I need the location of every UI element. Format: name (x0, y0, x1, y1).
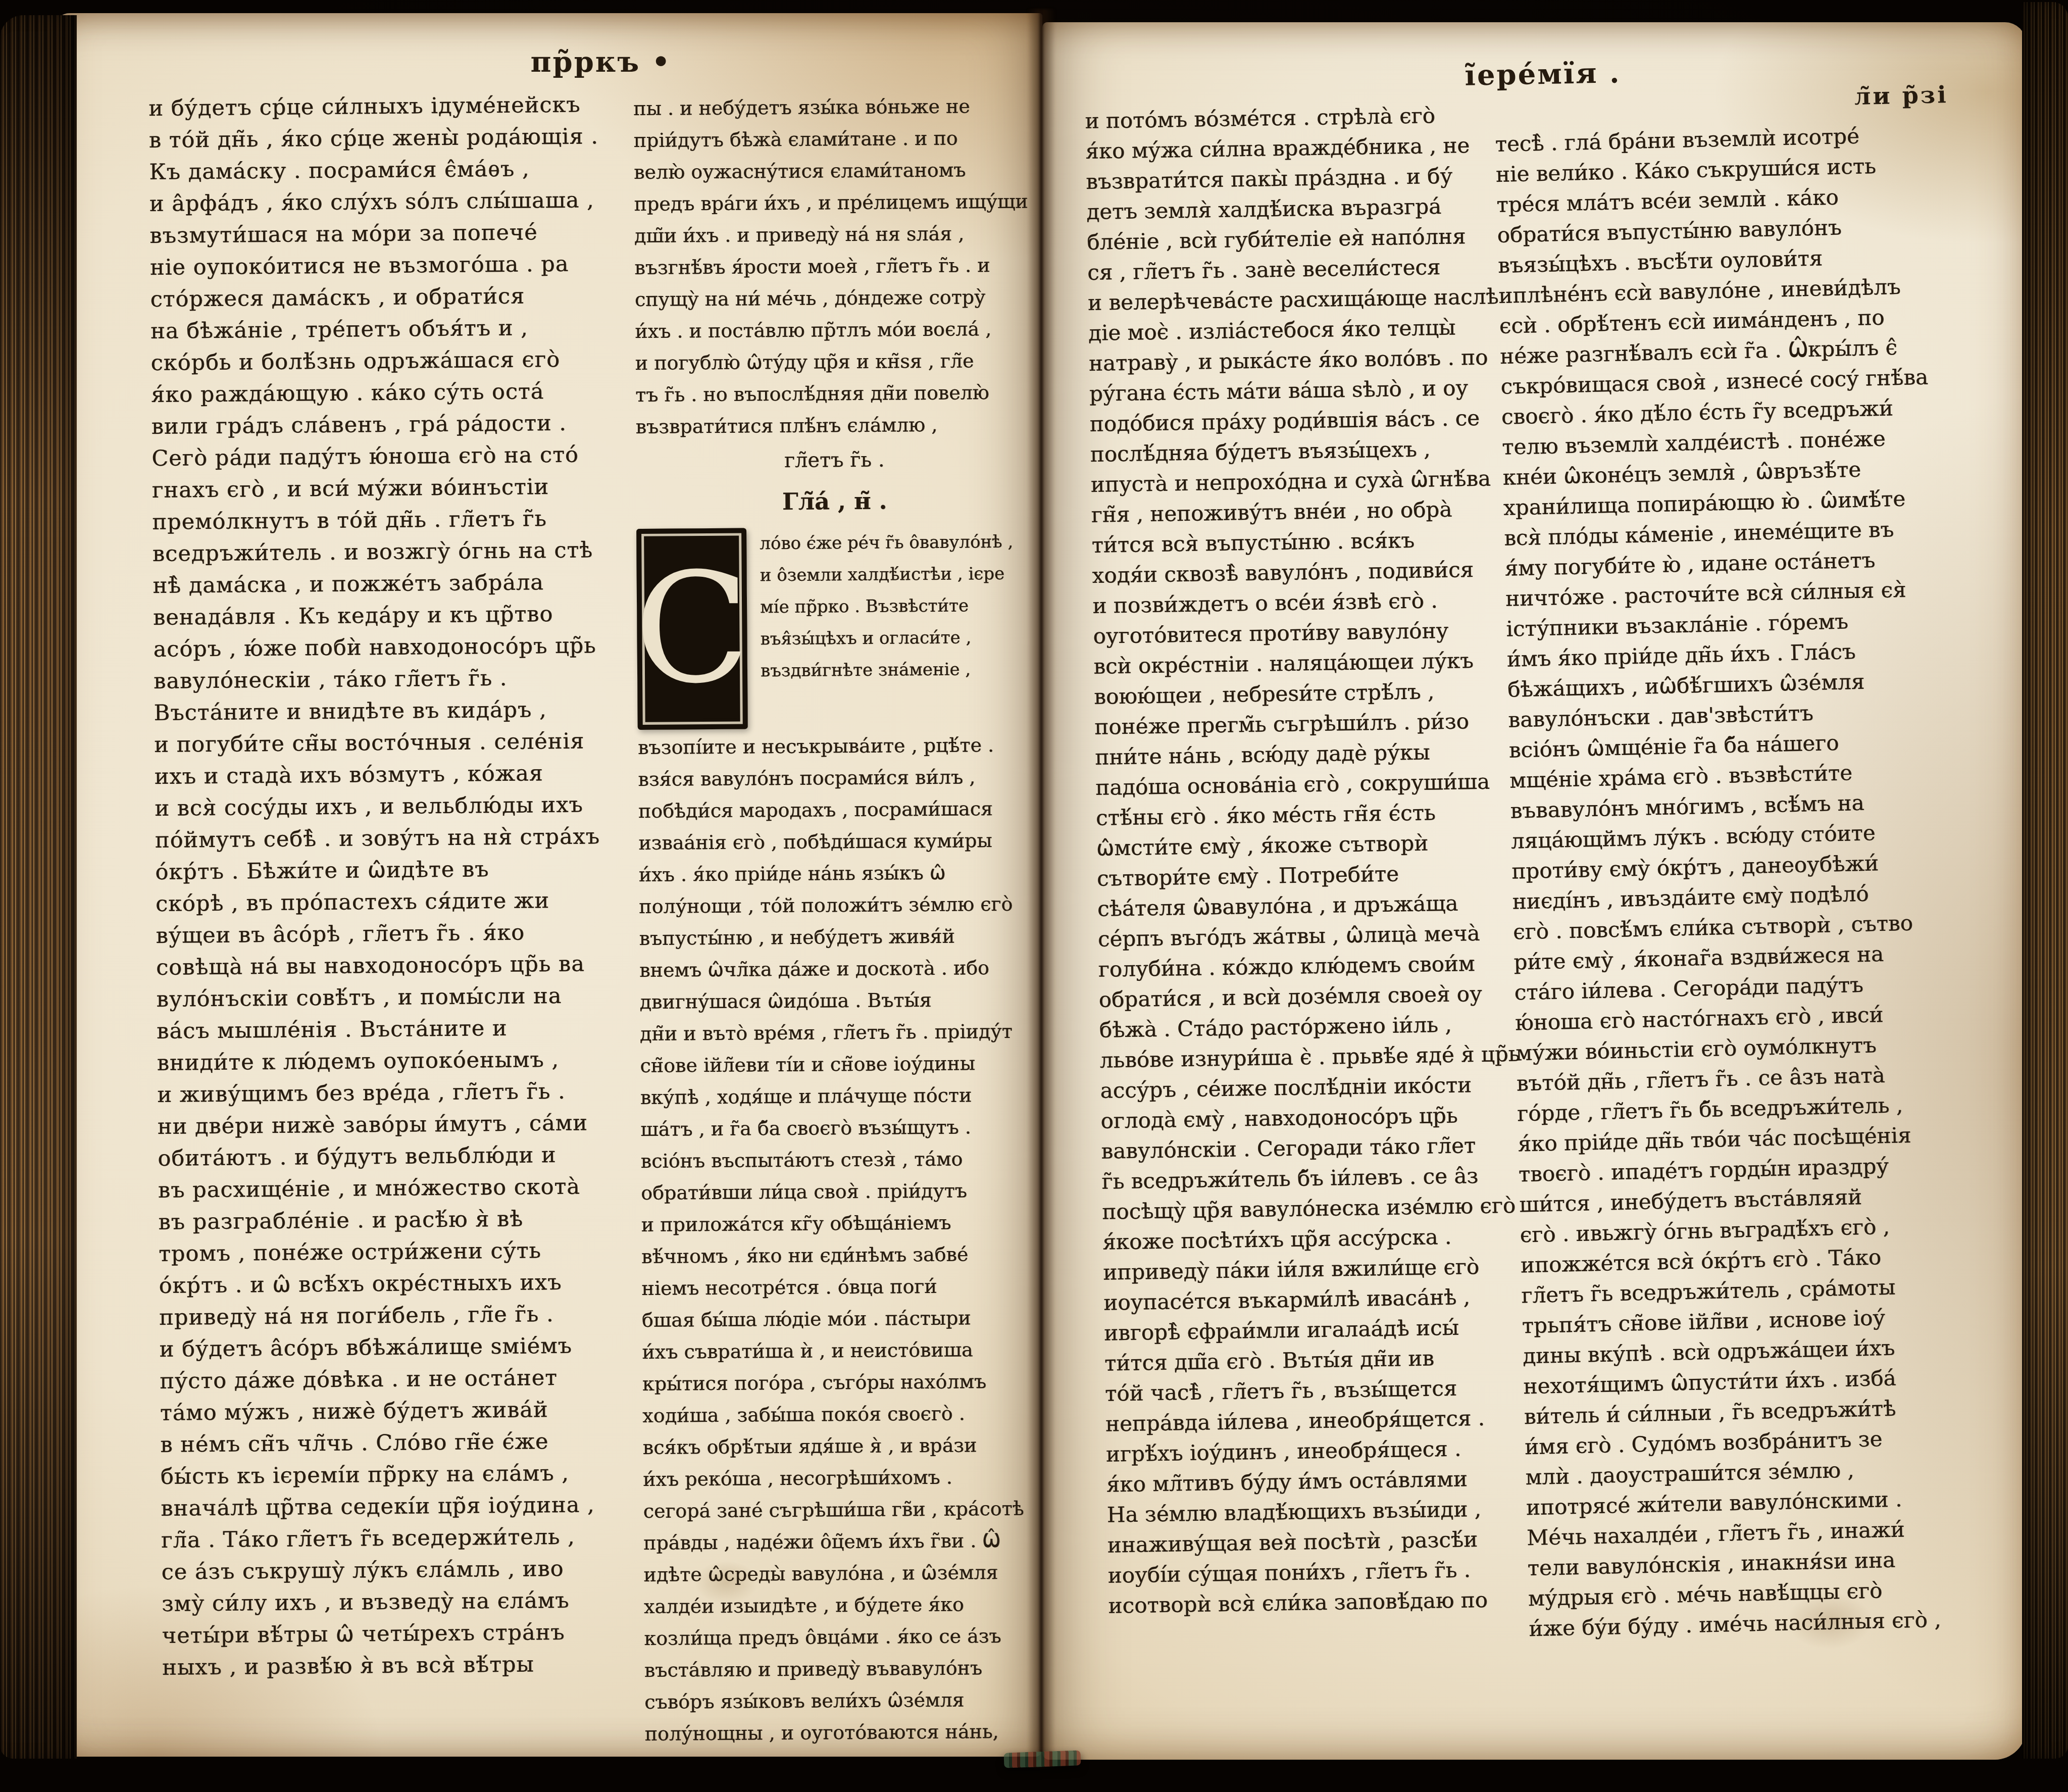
text-line: ходя́и сквозѣ̀ вавуло́нъ , подиви́ся (1092, 554, 1502, 591)
text-line: ву́щеи въ а̂со́рѣ , гл̃етъ г̃ь . я́ко (156, 916, 661, 952)
text-line: ско́рбь и болѣ́знь одръжа́шася єго̀ (150, 343, 656, 379)
text-line: вку́пѣ , ходя́ще и пла́чуще по́сти (640, 1079, 1037, 1113)
text-line: велю̀ оужасну́тися єлами́таномъ (634, 154, 1031, 188)
text-line: козли́ща предъ о̂вца́ми . я́ко се а́зъ (644, 1620, 1041, 1654)
left-page: пр̃ркъ • и бу́детъ ср́це си́лныхъ ідуме́… (55, 13, 1042, 1757)
text-line: дш̃и и́хъ . и приведу̀ на́ ня ѕла́я , (634, 218, 1031, 252)
text-line: вавуло́нескіи , та́ко гл̃етъ г̃ь . (154, 661, 659, 698)
text-line: въздви́гнѣте зна́меніе , (761, 653, 1034, 687)
lines-beside-initial: ло́во є́же ре́ч г̃ь о̂вавуло́нѣ ,и о̂зем… (760, 526, 1034, 687)
fore-edge-left (0, 15, 77, 1759)
text-line: пы . и небу́детъ язы́ка во́ньже не (633, 90, 1030, 125)
text-line: двигну́шася ѡ̂идо́ша . Въты́я (639, 983, 1036, 1018)
text-line: и приложа́тся кг̃у обѣща́ніемъ (641, 1206, 1038, 1240)
text-line: приведу̀ на́ ня поги́бель , гл̃е г̃ь . (159, 1298, 665, 1334)
text-line: полу́нощны , и оугото́ваются на́нь, (644, 1715, 1041, 1750)
text-line: бшая бы́ша лю́діе мо́и . па́стыри (642, 1302, 1039, 1336)
text-line: о́кр́тъ . Бѣжи́те и ѡ̂идѣте въ (155, 852, 661, 888)
right-column-1: и пото́мъ во́зме́тся . стрѣла̀ єго̀я́ко … (1085, 99, 1519, 1621)
endband (1004, 1750, 1081, 1768)
text-line: гн̃я , непоживу́тъ вне́и , но обра̀ (1091, 493, 1501, 530)
left-column-2-intro: пы . и небу́детъ язы́ка во́ньже непріи́д… (633, 90, 1033, 443)
text-line: сн̃ове ійл̃еви ті́и и сн̃ове іоу́дины (640, 1047, 1037, 1081)
text-line: вседръжи́тель . и возжгу̀ о́гнь на стѣ (153, 534, 658, 570)
text-line: спущу̀ на ни́ ме́чь , до́ндеже сотру̀ (635, 281, 1032, 316)
text-line: совѣща̀ на́ вы навходоносо́ръ цр̃ь ва (156, 948, 662, 984)
text-line: побѣди́ся мародахъ , посрами́шася (638, 792, 1035, 827)
text-line: възопі́ите и несъкрыва́ите , рцѣ́те . (638, 729, 1035, 763)
running-head-right: і̃ере́мїя . (1416, 56, 1669, 93)
text-line: и живу́щимъ без вре́да , гл̃етъ г̃ь . (157, 1075, 663, 1111)
text-line: полу́нощи , то́й положи́тъ зе́млю єго̀ (639, 888, 1036, 922)
text-line: в не́мъ сн̃ъ чл̃чь . Сло́во гн̃е є́же (160, 1425, 666, 1461)
ornate-initial-letter: С (636, 528, 748, 730)
text-line: и бу́детъ ср́це си́лныхъ ідуме́нейскъ (148, 88, 654, 125)
text-line: идѣте ѡ̂среды̀ вавуло́на , и ѡ̂зе́мля (643, 1556, 1040, 1590)
text-line: пріи́дутъ бѣжа̀ єлами́тане . и по (633, 122, 1030, 157)
text-line: подо́бися пра́ху роди́вшія ва́съ . се (1089, 403, 1500, 439)
text-line: въ разграбле́ніе . и расѣ́ю я̀ вѣ (158, 1202, 664, 1238)
text-line: падо́ша основа́ніа єго̀ , сокруши́ша (1095, 766, 1506, 803)
text-line: о́кр́тъ . и ѡ̂ всѣ́хъ окре́стныхъ ихъ (159, 1266, 664, 1302)
folio-number: л̃и р̃зі (1854, 81, 1948, 110)
right-column-2: тесѣ̀ . гла́ бра́ни въземлѝ исотре́ніе в… (1495, 120, 1951, 1644)
right-page: і̃ере́мїя . л̃и р̃зі и пото́мъ во́зме́тс… (1042, 22, 2026, 1760)
text-line: Сего̀ ра́ди паду́тъ ю́ноша єго̀ на сто́ (152, 438, 657, 475)
text-line: тромъ , поне́же остри́жени су́ть (159, 1234, 664, 1270)
text-line: вили гра́дъ сла́венъ , гра́ ра́дости . (151, 407, 657, 443)
text-line: предъ вра́ги и́хъ , и пре́лицемъ ищу́щи (634, 186, 1031, 220)
text-line: въпусты́ню , и небу́детъ живя́й (639, 920, 1036, 954)
text-line: в то́й дн̃ь , я́ко ср́це жены̀ рода́ющія… (149, 120, 654, 157)
text-line: Къ дама́ску . посрами́ся є̂ма́ѳъ , (149, 152, 654, 188)
text-line: ніе оупоко́итися не възмого́ша . ра (150, 247, 655, 284)
text-line: и вся̀ сосу́ды ихъ , и вельблю́ды ихъ (155, 788, 660, 825)
fore-edge-right (2022, 2, 2068, 1759)
text-line: съво́ръ язы́ковъ вели́хъ ѡ̂зе́мля (644, 1683, 1041, 1718)
text-line: вѣ́чномъ , я́ко ни єди́нѣмъ забве́ (641, 1238, 1038, 1272)
text-line: ша́тъ , и г̃а б̃а своєго̀ възы́щутъ . (640, 1111, 1037, 1145)
text-line: дн̃и и въто̀ вре́мя , гл̃етъ г̃ь . пріид… (640, 1015, 1037, 1050)
text-line: ва́съ мышле́нія . Въста́ните и (157, 1011, 662, 1048)
text-line: асо́ръ , ю́же побѝ навходоносо́ръ цр̃ь (153, 629, 659, 666)
text-line: пу́сто да́же до́вѣка . и не оста́нет (160, 1361, 665, 1398)
text-line: кры́тися пого́ра , съго́ры нахо́лмъ (642, 1365, 1039, 1400)
text-line: и́хъ . я́ко пріи́де на́нь язы́къ ѡ̂ (639, 856, 1036, 890)
text-line: ихъ и стада̀ ихъ во́змутъ , ко́жая (155, 757, 660, 793)
text-line: венада́вля . Къ кеда́ру и къ цр̃тво (153, 598, 659, 634)
text-line: нѣ̀ дама́ска , и пожже́тъ забра́ла (153, 566, 658, 602)
text-line: я́ко ражда́ющую . ка́ко су́ть оста́ (151, 375, 657, 411)
text-line: и о̂земли халдѣ́истѣи , ієре (760, 558, 1033, 591)
text-line: халде́и изыидѣте , и бу́дете я́ко (644, 1588, 1041, 1622)
left-column-2-rest: възопі́ите и несъкрыва́ите , рцѣ́те .взя… (638, 729, 1042, 1750)
text-line: и́хъ реко́ша , несогрѣши́хомъ . (643, 1461, 1040, 1495)
text-line: обита́ютъ . и бу́дутъ вельблю́ди и (158, 1138, 663, 1175)
text-line: премо́лкнутъ в то́й дн̃ь . гл̃етъ г̃ь (152, 502, 658, 538)
text-line: и́хъ съврати́ша ѝ , и неисто́виша (642, 1333, 1039, 1368)
text-line: ходи́ша , забы́ша поко́я своєго̀ . (642, 1397, 1039, 1431)
text-line: и погуби́те сн̃ы восто́чныя . селе́нія (154, 725, 660, 761)
text-line: на бѣжа́ніе , тре́петъ объя́тъ и , (150, 311, 656, 347)
text-line: и а̂рфа́дъ , я́ко слу́хъ ѕо́лъ слы́шаша … (149, 184, 655, 220)
text-line: сегора́ зане́ съгрѣши́ша гв̃и , кра́сотѣ (643, 1492, 1040, 1527)
text-line: гнахъ єго̀ , и вси́ му́жи во́инъстіи (152, 470, 658, 507)
text-line: пра́вды , наде́жи о̂ц̃емъ и́хъ г̃ви . Ѡ̂ (643, 1524, 1040, 1559)
text-line: та́мо му́жъ , нижѐ бу́детъ жива́й (160, 1393, 666, 1429)
text-line: ныхъ , и развѣ́ю я̀ въ вся̀ вѣ́тры (162, 1648, 668, 1684)
text-line: внача́лѣ цр̃тва седекі́и цр̃я іоу́дина , (161, 1488, 666, 1525)
text-line: и бу́детъ а̂со́ръ вбѣжа́лище ѕміе́мъ (159, 1329, 665, 1366)
text-line: вниди́те к лю́демъ оупоко́енымъ , (157, 1043, 662, 1079)
text-line: въста́вляю и приведу̀ въвавуло́нъ (644, 1652, 1041, 1686)
text-line: зму̀ си́лу ихъ , и възведу̀ на єла́мъ (162, 1584, 667, 1620)
text-line: въя̂зы́цѣхъ и огласи́те , (760, 621, 1034, 655)
text-line: ніемъ несотре́тся . о́вца поги́ (641, 1270, 1038, 1304)
speaker-line: гл̃етъ г̃ь . (636, 440, 1033, 480)
text-line: изваа́нія єго̀ , побѣди́шася куми́ры (638, 824, 1035, 859)
text-line: тъ г̃ь . но въпослѣ́дняя дн̃и повелю̀ (635, 376, 1032, 411)
text-line: бы́сть къ ієремі́и пр̃рку на єла́мъ , (161, 1457, 666, 1493)
dropcap-row: С ло́во є́же ре́ч г̃ь о̂вавуло́нѣ ,и о̂з… (636, 526, 1035, 729)
text-line: гл̃а . Та́ко гл̃етъ г̃ь вседержи́тель , (161, 1520, 667, 1557)
text-line: възгнѣ́въ я́рости моея̀ , гл̃етъ г̃ь . и (634, 250, 1031, 284)
text-line: и погублю̀ ѡ̂ту́ду цр̃я и кн̃ѕя , гл̃е (635, 345, 1032, 379)
text-line: по́ймутъ себѣ̀ . и зову́тъ на ня̀ стра́х… (155, 820, 661, 857)
left-column-2: пы . и небу́детъ язы́ка во́ньже непріи́д… (633, 90, 1042, 1750)
text-line: взя́ся вавуло́нъ посрами́ся ви́лъ , (638, 761, 1035, 795)
text-line: поне́же прегм̃ь съгрѣши́лъ . ри́зо (1094, 706, 1505, 742)
text-line: възмути́шася на мо́ри за попече́ (149, 216, 655, 252)
text-line: исотворѝ вся̀ єли́ка заповѣ́даю по (1108, 1584, 1519, 1621)
text-line: и́хъ . и поста́влю пр̃тлъ мо́и воєла́ , (635, 313, 1032, 347)
book-gutter-shadow (1027, 9, 1055, 1768)
text-line: вуло́нъскіи совѣ́тъ , и помы́сли на (156, 979, 662, 1016)
left-column-1: и бу́детъ ср́це си́лныхъ ідуме́нейскъв т… (148, 88, 667, 1684)
running-head-left: пр̃ркъ • (475, 45, 727, 79)
text-line: ско́рѣ , въ про́пастехъ ся́дите жи (156, 884, 661, 920)
text-line: внемъ ѡ̂чл̃ка да́же и доскота̀ . ибо (639, 952, 1036, 986)
text-line: сто́ржеся дама́скъ , и обрати́ся (150, 279, 655, 316)
book-photo: пр̃ркъ • и бу́детъ ср́це си́лныхъ ідуме́… (0, 0, 2068, 1792)
text-line: мі́е пр̃рко . Възвѣсти́те (760, 589, 1034, 623)
text-line: въ расхище́ніе , и мно́жество скота̀ (158, 1170, 664, 1207)
text-line: всѝ окре́стніи . наляца́ющеи лу́къ (1093, 645, 1504, 682)
text-line: възврати́тися плѣ́нъ єла́млю , (635, 408, 1032, 442)
chapter-heading: Гл̃а́ , н̃ . (636, 477, 1033, 524)
text-line: ло́во є́же ре́ч г̃ь о̂вавуло́нѣ , (760, 526, 1033, 560)
text-line: Въста́ните и внидѣте въ кида́ръ , (154, 693, 659, 729)
text-line: ни две́ри нижѐ заво́ры и́мутъ , са́ми (158, 1107, 663, 1143)
text-line: ивгорѣ̀ єфраи́мли игалаа́дѣ исы́ (1104, 1312, 1515, 1349)
text-line: вся́къ обрѣ́тыи ядя́ше я̀ , и вра́зи (643, 1429, 1040, 1463)
text-line: четы́ри вѣ́тры ѡ̂ четы́рехъ стра́нъ (162, 1616, 667, 1652)
text-line: всіо́нъ въспыта́ютъ стезя̀ , та́мо (641, 1142, 1038, 1177)
text-line: обрати́вши ли́ца своя̀ . пріи́дутъ (641, 1174, 1038, 1209)
text-line: се а́зъ съкрушу̀ лу́къ єла́мль , иво (161, 1552, 667, 1588)
